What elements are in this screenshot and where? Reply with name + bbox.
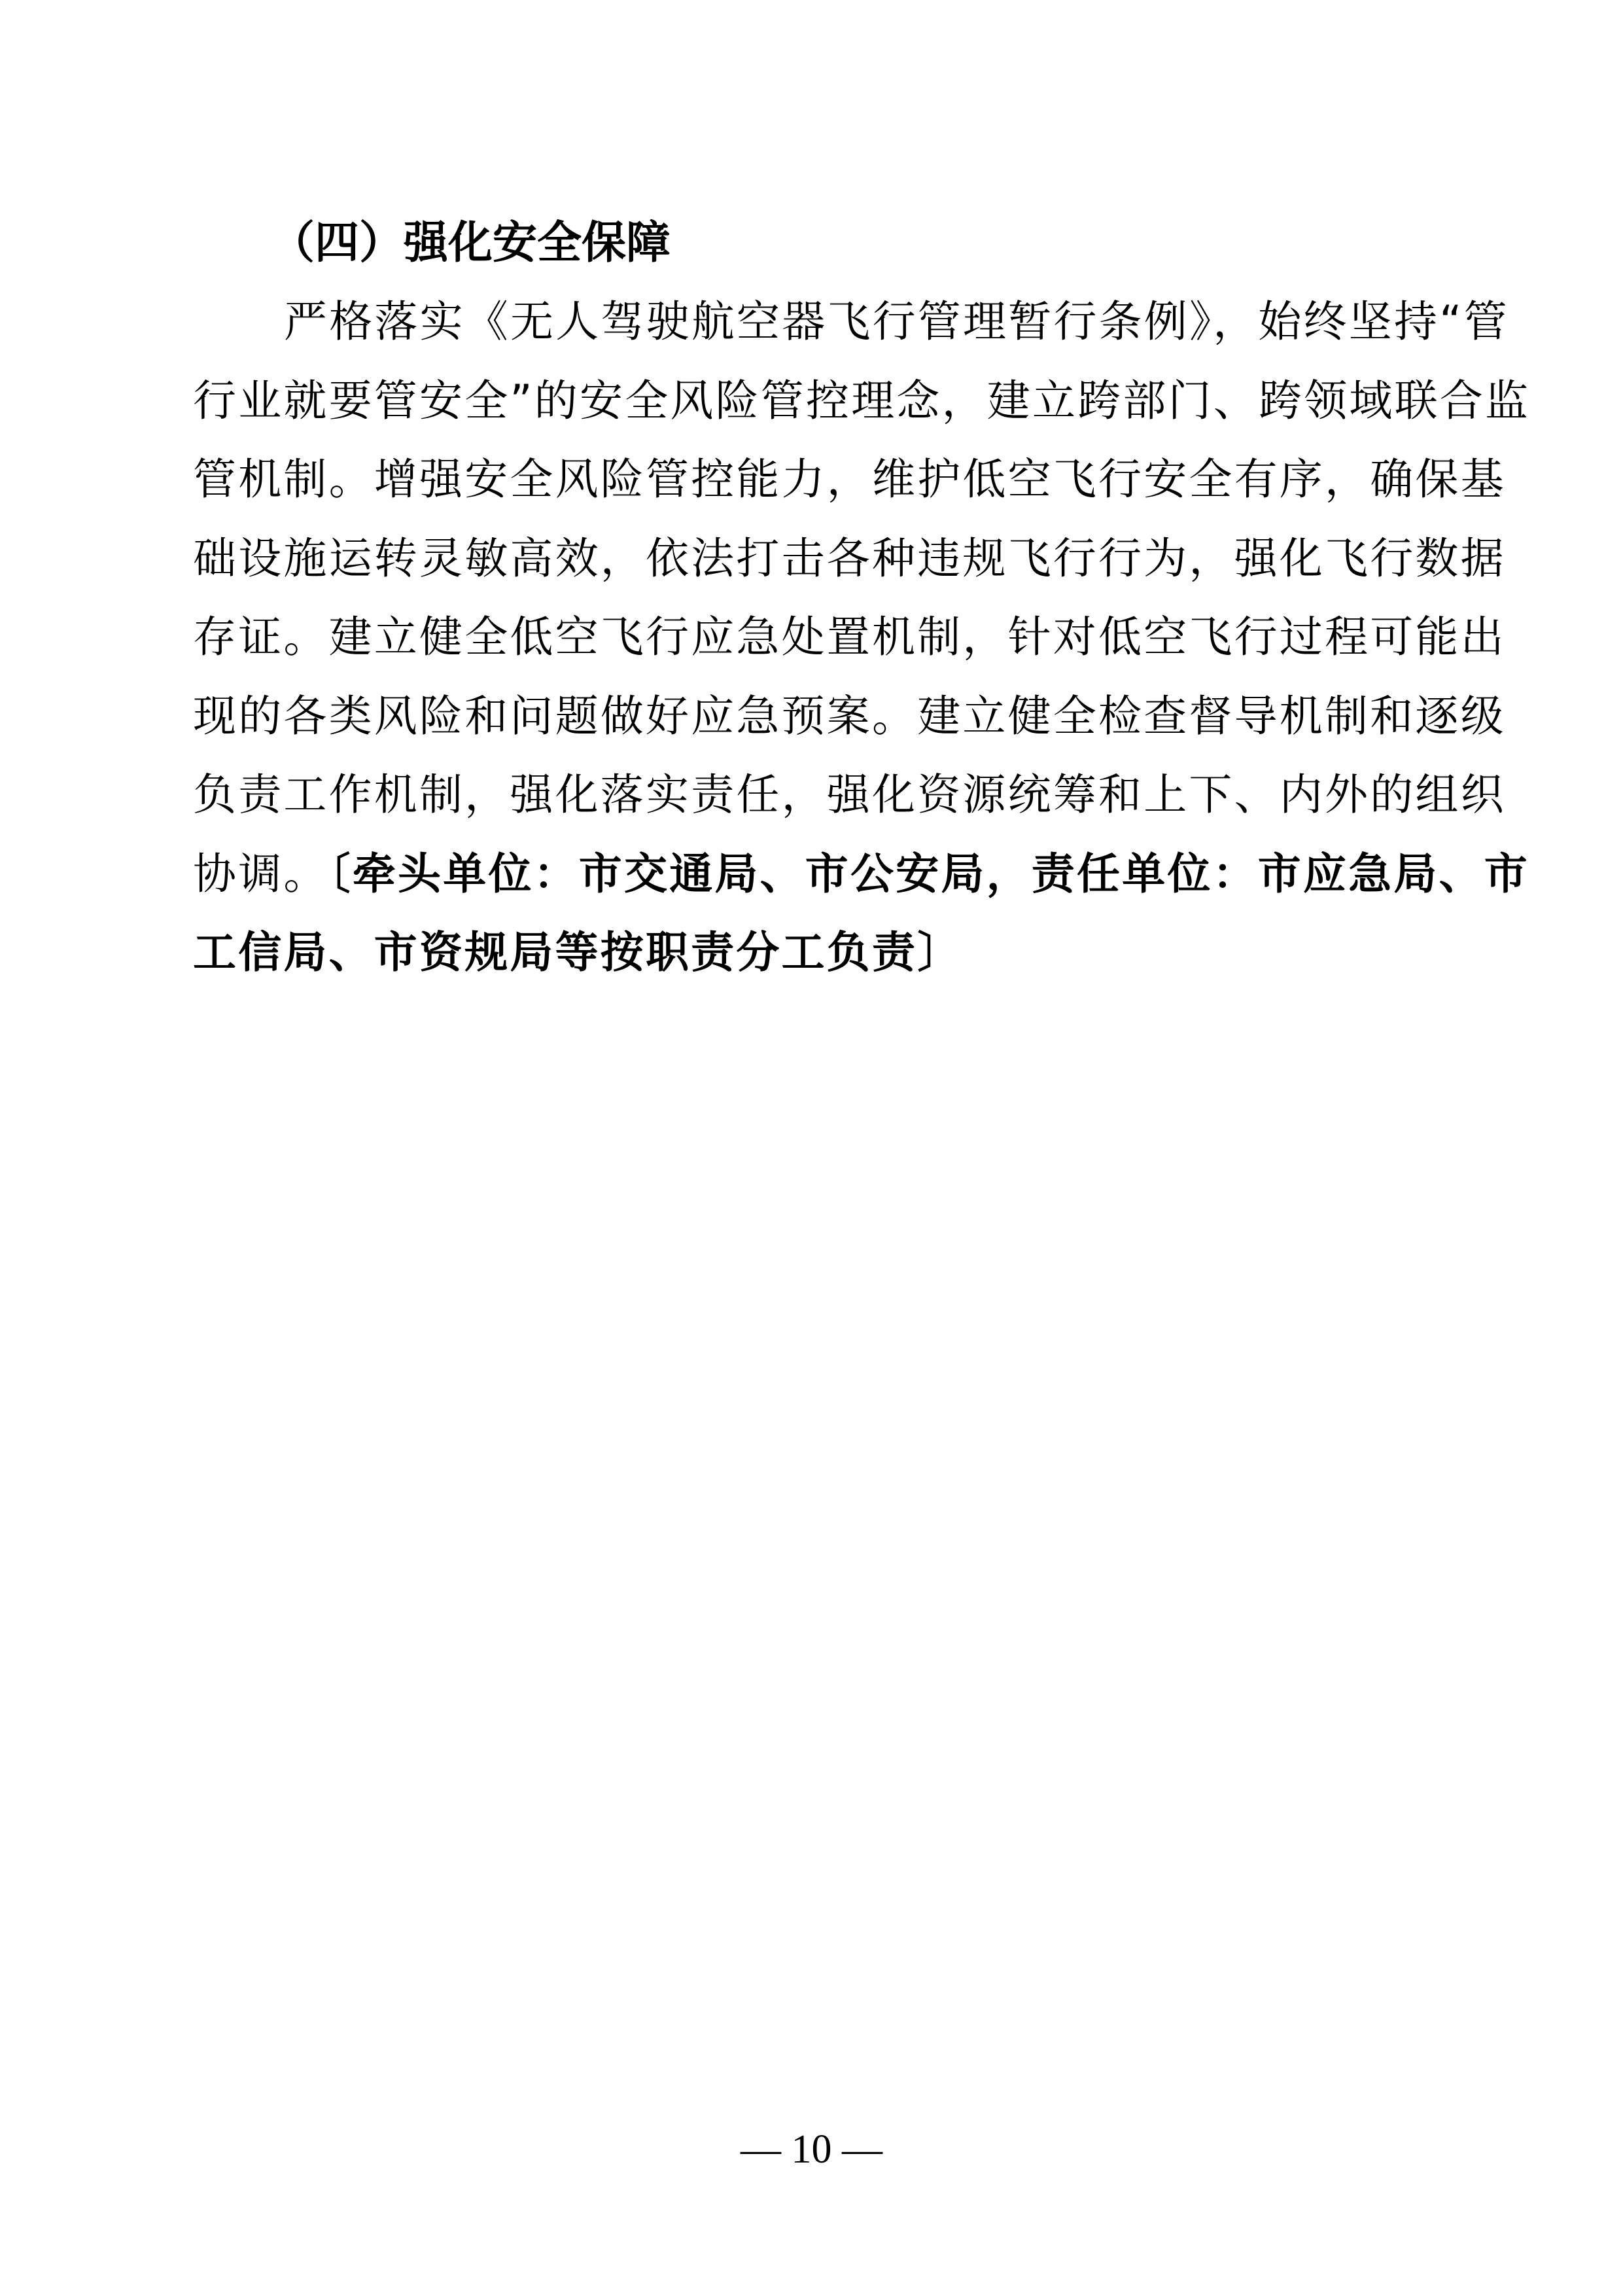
paragraph-line-5: 存证。建立健全低空飞行应急处置机制，针对低空飞行过程可能出 — [193, 598, 1470, 677]
paragraph-line-6: 现的各类风险和问题做好应急预案。建立健全检查督导机制和逐级 — [193, 677, 1470, 756]
line-text: 行业就要管安全”的安全风险管控理念，建立跨部门、跨领域联合监 — [193, 376, 1530, 426]
document-page-content: （四）强化安全保障 严格落实《无人驾驶航空器飞行管理暂行条例》，始终坚持“管 行… — [193, 204, 1470, 993]
section-heading: （四）强化安全保障 — [193, 204, 1470, 283]
line-text: 管机制。增强安全风险管控能力，维护低空飞行安全有序，确保基 — [193, 454, 1506, 504]
body-paragraph: 严格落实《无人驾驶航空器飞行管理暂行条例》，始终坚持“管 行业就要管安全”的安全… — [193, 283, 1470, 993]
line-text: 严格落实《无人驾驶航空器飞行管理暂行条例》，始终坚持“管 — [284, 296, 1509, 347]
paragraph-line-8: 协调。〔牵头单位：市交通局、市公安局，责任单位：市应急局、市 — [193, 835, 1470, 914]
page-number: — 10 — — [0, 2123, 1623, 2176]
paragraph-line-7: 负责工作机制，强化落实责任，强化资源统筹和上下、内外的组织 — [193, 756, 1470, 835]
paragraph-line-1: 严格落实《无人驾驶航空器飞行管理暂行条例》，始终坚持“管 — [193, 283, 1470, 362]
responsibility-note-bold: 工信局、市资规局等按职责分工负责〕 — [193, 927, 962, 978]
line-text: 现的各类风险和问题做好应急预案。建立健全检查督导机制和逐级 — [193, 691, 1506, 741]
line-text: 存证。建立健全低空飞行应急处置机制，针对低空飞行过程可能出 — [193, 612, 1506, 662]
line-text: 础设施运转灵敏高效，依法打击各种违规飞行行为，强化飞行数据 — [193, 533, 1506, 584]
paragraph-line-4: 础设施运转灵敏高效，依法打击各种违规飞行行为，强化飞行数据 — [193, 520, 1470, 599]
line-text: 协调。 — [193, 849, 329, 899]
paragraph-line-9: 工信局、市资规局等按职责分工负责〕 — [193, 913, 1470, 993]
paragraph-line-2: 行业就要管安全”的安全风险管控理念，建立跨部门、跨领域联合监 — [193, 362, 1470, 441]
paragraph-line-3: 管机制。增强安全风险管控能力，维护低空飞行安全有序，确保基 — [193, 440, 1470, 520]
line-text: 负责工作机制，强化落实责任，强化资源统筹和上下、内外的组织 — [193, 769, 1506, 820]
responsibility-note-bold: 〔牵头单位：市交通局、市公安局，责任单位：市应急局、市 — [329, 849, 1529, 899]
